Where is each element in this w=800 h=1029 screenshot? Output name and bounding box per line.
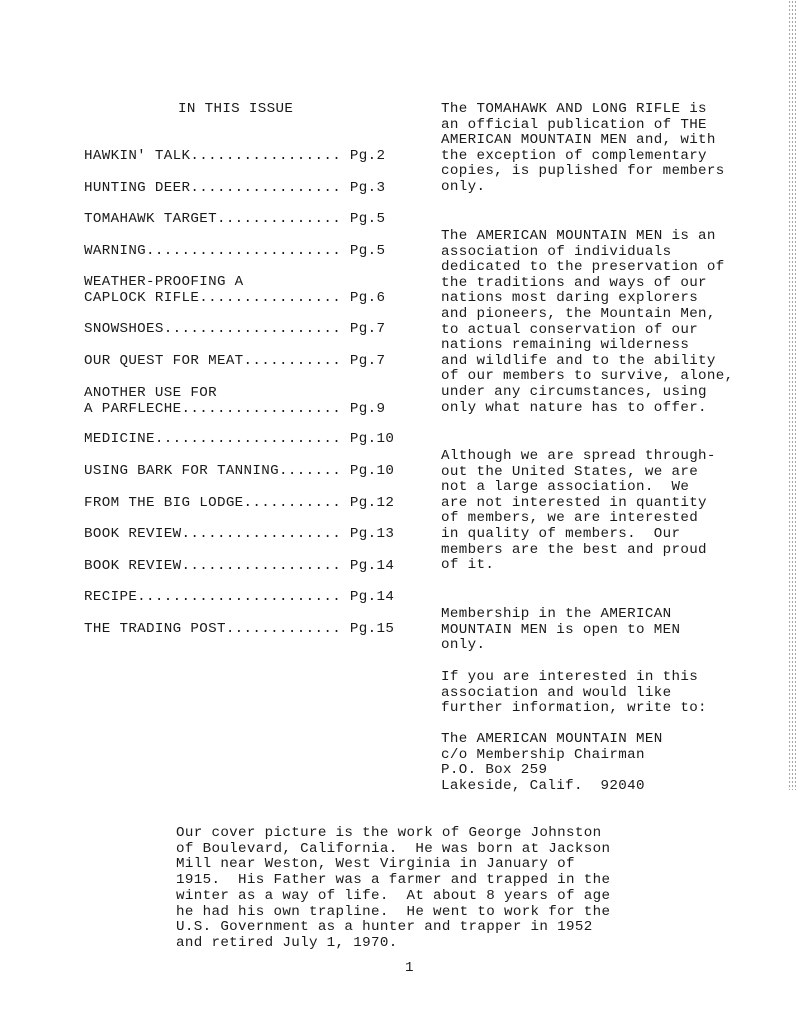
toc-entry: THE TRADING POST............. Pg.15 <box>84 622 394 638</box>
scan-edge-artifact <box>788 0 796 790</box>
toc-entry: WARNING...................... Pg.5 <box>84 244 385 260</box>
toc-entry: BOOK REVIEW.................. Pg.13 <box>84 527 394 543</box>
mailing-address: The AMERICAN MOUNTAIN MEN c/o Membership… <box>441 732 663 794</box>
toc-entry: RECIPE....................... Pg.14 <box>84 590 394 606</box>
toc-entry: ANOTHER USE FOR A PARFLECHE.............… <box>84 386 385 417</box>
toc-entry: WEATHER-PROOFING A CAPLOCK RIFLE........… <box>84 275 385 306</box>
toc-entry: MEDICINE..................... Pg.10 <box>84 432 394 448</box>
page-number: 1 <box>405 960 414 976</box>
toc-entry: TOMAHAWK TARGET.............. Pg.5 <box>84 212 385 228</box>
membership-note: Membership in the AMERICAN MOUNTAIN MEN … <box>441 607 680 654</box>
cover-picture-note: Our cover picture is the work of George … <box>176 826 610 952</box>
toc-entry: FROM THE BIG LODGE........... Pg.12 <box>84 496 394 512</box>
toc-entry: BOOK REVIEW.................. Pg.14 <box>84 559 394 575</box>
publication-note: The TOMAHAWK AND LONG RIFLE is an offici… <box>441 102 725 196</box>
association-description: The AMERICAN MOUNTAIN MEN is an associat… <box>441 229 734 416</box>
toc-entry: HUNTING DEER................. Pg.3 <box>84 181 385 197</box>
quality-note: Although we are spread through- out the … <box>441 449 716 574</box>
toc-entry: OUR QUEST FOR MEAT........... Pg.7 <box>84 354 385 370</box>
toc-entry: USING BARK FOR TANNING....... Pg.10 <box>84 464 394 480</box>
contact-intro: If you are interested in this associatio… <box>441 670 707 717</box>
toc-title: IN THIS ISSUE <box>178 101 293 117</box>
toc-entry: SNOWSHOES.................... Pg.7 <box>84 322 385 338</box>
toc-entry: HAWKIN' TALK................. Pg.2 <box>84 149 385 165</box>
document-page: IN THIS ISSUE HAWKIN' TALK..............… <box>0 0 800 1029</box>
